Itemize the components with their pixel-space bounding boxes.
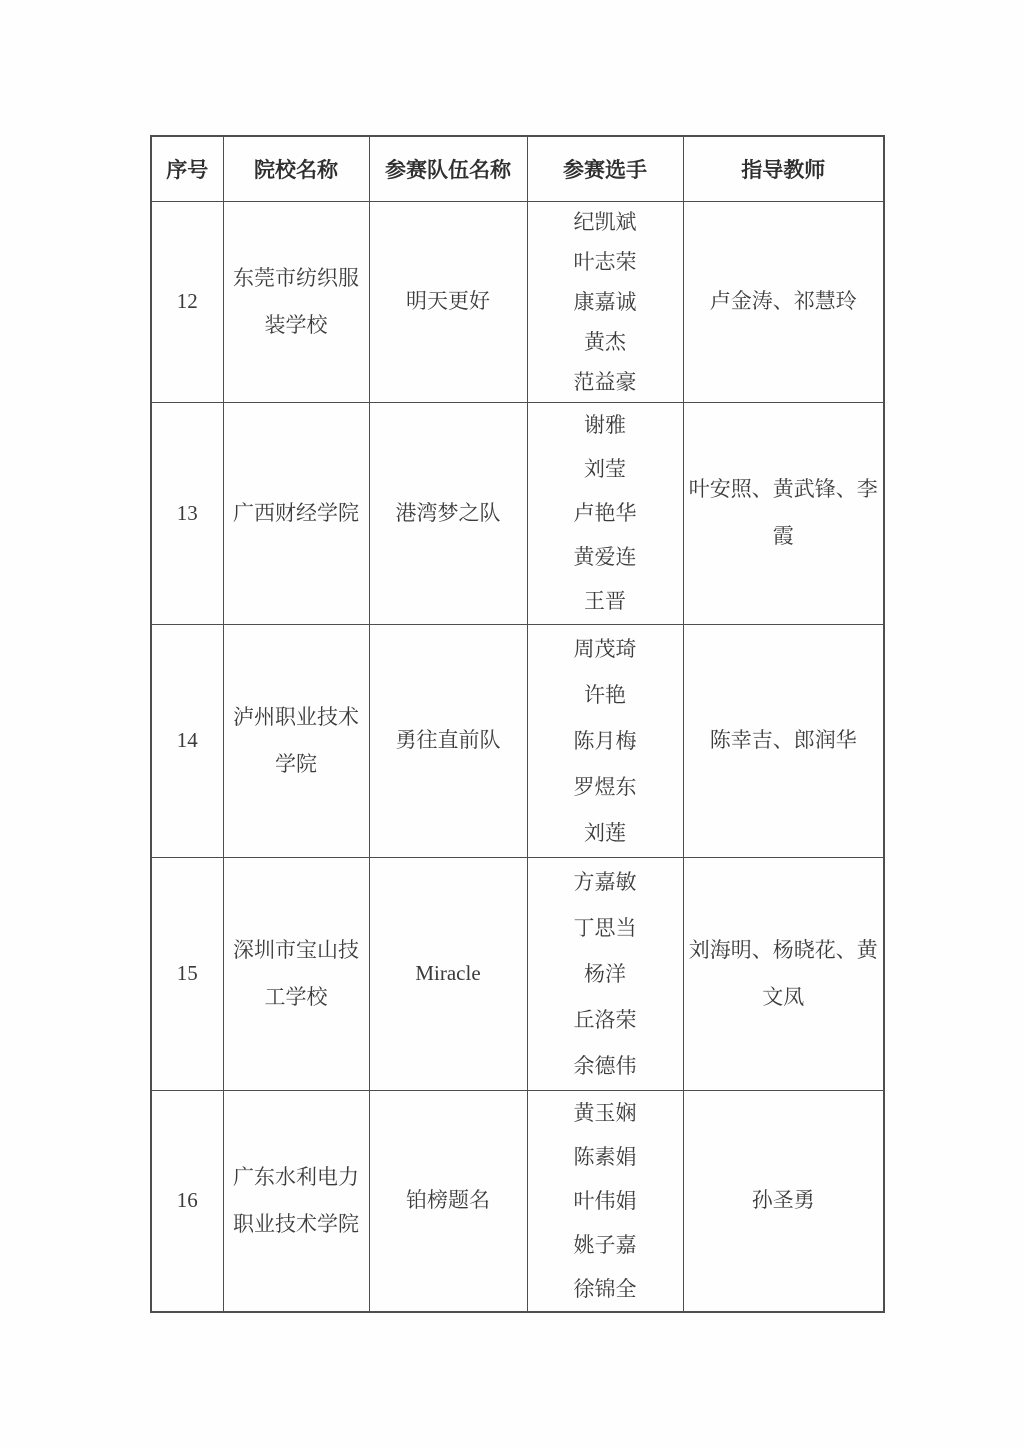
contestant-name: 方嘉敏	[528, 859, 683, 905]
cell-team-name: Miracle	[369, 857, 527, 1090]
table-row: 15 深圳市宝山技工学校 Miracle 方嘉敏丁思当杨洋丘洛荣余德伟 刘海明、…	[151, 857, 884, 1090]
header-row: 序号 院校名称 参赛队伍名称 参赛选手 指导教师	[151, 136, 884, 201]
results-table: 序号 院校名称 参赛队伍名称 参赛选手 指导教师 12 东莞市纺织服装学校 明天…	[150, 135, 885, 1313]
cell-school-name: 广东水利电力职业技术学院	[223, 1090, 369, 1312]
cell-serial-number: 13	[151, 402, 223, 624]
cell-team-name: 港湾梦之队	[369, 402, 527, 624]
cell-school-name: 深圳市宝山技工学校	[223, 857, 369, 1090]
contestant-name: 叶志荣	[528, 242, 683, 282]
contestant-name: 康嘉诚	[528, 282, 683, 322]
table-row: 14 泸州职业技术学院 勇往直前队 周茂琦许艳陈月梅罗煜东刘莲 陈幸吉、郎润华	[151, 624, 884, 857]
contestant-name: 黄玉娴	[528, 1091, 683, 1135]
cell-serial-number: 16	[151, 1090, 223, 1312]
column-header-school: 院校名称	[223, 136, 369, 201]
cell-team-name: 明天更好	[369, 201, 527, 402]
contestant-name: 黄杰	[528, 322, 683, 362]
cell-contestants: 纪凯斌叶志荣康嘉诚黄杰范益豪	[527, 201, 683, 402]
cell-instructors: 卢金涛、祁慧玲	[683, 201, 884, 402]
contestant-name: 周茂琦	[528, 626, 683, 672]
cell-instructors: 叶安照、黄武锋、李霞	[683, 402, 884, 624]
cell-instructors: 孙圣勇	[683, 1090, 884, 1312]
contestant-name: 刘莹	[528, 447, 683, 491]
table-row: 13 广西财经学院 港湾梦之队 谢雅刘莹卢艳华黄爱连王晋 叶安照、黄武锋、李霞	[151, 402, 884, 624]
contestant-name: 纪凯斌	[528, 202, 683, 242]
cell-instructors: 陈幸吉、郎润华	[683, 624, 884, 857]
cell-serial-number: 14	[151, 624, 223, 857]
contestant-name: 范益豪	[528, 362, 683, 402]
contestant-name: 叶伟娟	[528, 1179, 683, 1223]
column-header-team: 参赛队伍名称	[369, 136, 527, 201]
cell-team-name: 铂榜题名	[369, 1090, 527, 1312]
contestant-name: 丘洛荣	[528, 997, 683, 1043]
cell-team-name: 勇往直前队	[369, 624, 527, 857]
cell-school-name: 广西财经学院	[223, 402, 369, 624]
table-row: 12 东莞市纺织服装学校 明天更好 纪凯斌叶志荣康嘉诚黄杰范益豪 卢金涛、祁慧玲	[151, 201, 884, 402]
contestant-name: 王晋	[528, 579, 683, 623]
contestant-name: 卢艳华	[528, 491, 683, 535]
cell-contestants: 方嘉敏丁思当杨洋丘洛荣余德伟	[527, 857, 683, 1090]
contestant-name: 徐锦全	[528, 1267, 683, 1311]
contestant-name: 谢雅	[528, 403, 683, 447]
contestant-name: 罗煜东	[528, 764, 683, 810]
contestant-name: 丁思当	[528, 905, 683, 951]
table-row: 16 广东水利电力职业技术学院 铂榜题名 黄玉娴陈素娟叶伟娟姚子嘉徐锦全 孙圣勇	[151, 1090, 884, 1312]
contestant-name: 姚子嘉	[528, 1223, 683, 1267]
cell-school-name: 泸州职业技术学院	[223, 624, 369, 857]
contestant-name: 黄爱连	[528, 535, 683, 579]
cell-instructors: 刘海明、杨晓花、黄文凤	[683, 857, 884, 1090]
contestant-name: 余德伟	[528, 1043, 683, 1089]
cell-contestants: 谢雅刘莹卢艳华黄爱连王晋	[527, 402, 683, 624]
contestant-name: 刘莲	[528, 810, 683, 856]
column-header-contestants: 参赛选手	[527, 136, 683, 201]
cell-contestants: 黄玉娴陈素娟叶伟娟姚子嘉徐锦全	[527, 1090, 683, 1312]
contestant-name: 陈素娟	[528, 1135, 683, 1179]
cell-school-name: 东莞市纺织服装学校	[223, 201, 369, 402]
column-header-no: 序号	[151, 136, 223, 201]
cell-serial-number: 15	[151, 857, 223, 1090]
cell-contestants: 周茂琦许艳陈月梅罗煜东刘莲	[527, 624, 683, 857]
column-header-instructors: 指导教师	[683, 136, 884, 201]
contestant-name: 陈月梅	[528, 718, 683, 764]
cell-serial-number: 12	[151, 201, 223, 402]
document-page: 序号 院校名称 参赛队伍名称 参赛选手 指导教师 12 东莞市纺织服装学校 明天…	[0, 0, 1024, 1448]
contestant-name: 杨洋	[528, 951, 683, 997]
contestant-name: 许艳	[528, 672, 683, 718]
